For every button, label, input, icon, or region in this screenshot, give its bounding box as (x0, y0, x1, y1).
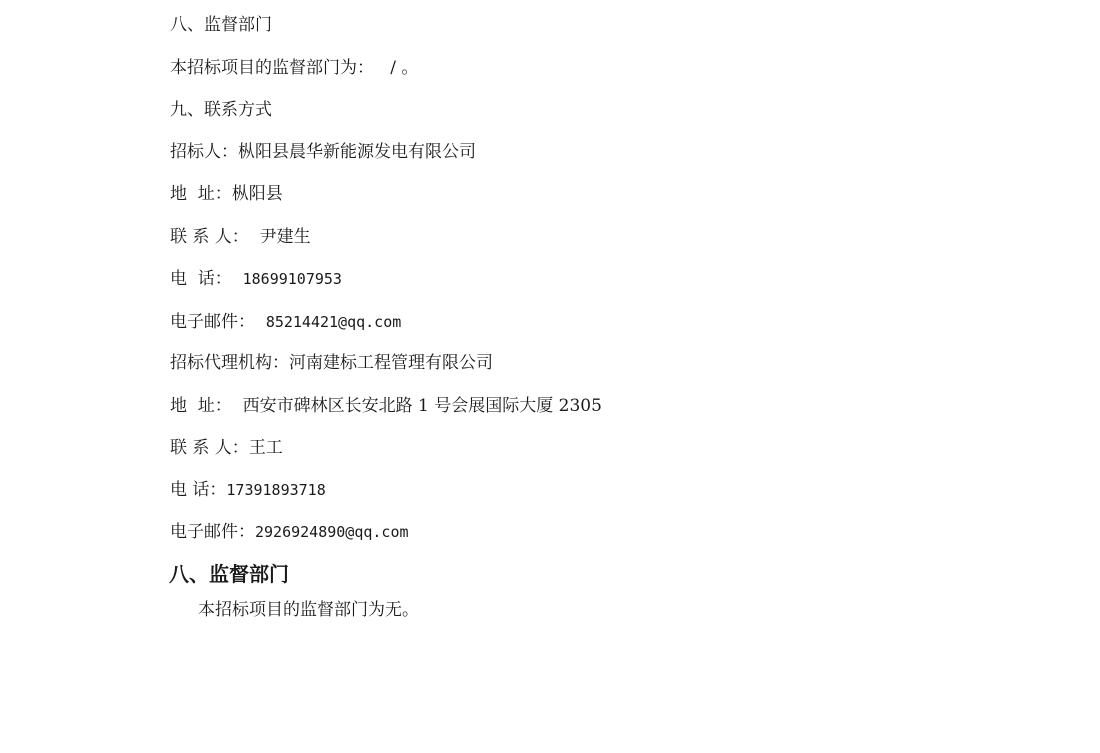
agency-contact-label: 联 系 人： (170, 438, 249, 458)
agency-phone-label: 电 话： (170, 480, 226, 500)
section-heading-supervision-bold: 八、监督部门 (169, 561, 289, 587)
tenderer-email-value: 85214421@qq.com (266, 313, 401, 331)
agency-address: 地 址： 西安市碑林区长安北路 1 号会展国际大厦 2305 (170, 395, 602, 417)
agency-name: 招标代理机构：河南建标工程管理有限公司 (170, 352, 493, 374)
section-heading-supervision: 八、监督部门 (170, 14, 272, 36)
tenderer-phone: 电 话： 18699107953 (170, 268, 342, 290)
agency-phone: 电 话：17391893718 (170, 479, 326, 501)
tenderer-email: 电子邮件： 85214421@qq.com (170, 311, 401, 333)
agency-contact-value: 王工 (249, 438, 283, 458)
agency-name-value: 河南建标工程管理有限公司 (289, 353, 493, 373)
tenderer-contact-value: 尹建生 (260, 227, 311, 247)
agency-address-value: 西安市碑林区长安北路 1 号会展国际大厦 2305 (243, 396, 602, 416)
tenderer-name-value: 枞阳县晨华新能源发电有限公司 (238, 142, 476, 162)
tenderer-name-label: 招标人： (170, 142, 238, 162)
agency-email-label: 电子邮件： (170, 522, 255, 542)
tenderer-address-value: 枞阳县 (232, 184, 283, 204)
tenderer-phone-label: 电 话： (170, 269, 232, 289)
supervision-text-new: 本招标项目的监督部门为无。 (198, 599, 419, 621)
agency-name-label: 招标代理机构： (170, 353, 289, 373)
tenderer-contact: 联 系 人： 尹建生 (170, 226, 311, 248)
tenderer-contact-label: 联 系 人： (170, 227, 249, 247)
agency-contact: 联 系 人：王工 (170, 437, 283, 459)
supervision-text: 本招标项目的监督部门为： / 。 (170, 57, 418, 79)
agency-phone-value: 17391893718 (226, 481, 325, 499)
tenderer-name: 招标人：枞阳县晨华新能源发电有限公司 (170, 141, 476, 163)
tenderer-address: 地 址：枞阳县 (170, 183, 283, 205)
tenderer-email-label: 电子邮件： (170, 312, 255, 332)
tenderer-address-label: 地 址： (170, 184, 232, 204)
tenderer-phone-value: 18699107953 (243, 270, 342, 288)
agency-email: 电子邮件：2926924890@qq.com (170, 521, 409, 543)
agency-email-value: 2926924890@qq.com (255, 523, 409, 541)
agency-address-label: 地 址： (170, 396, 232, 416)
section-heading-contact: 九、联系方式 (170, 99, 272, 121)
